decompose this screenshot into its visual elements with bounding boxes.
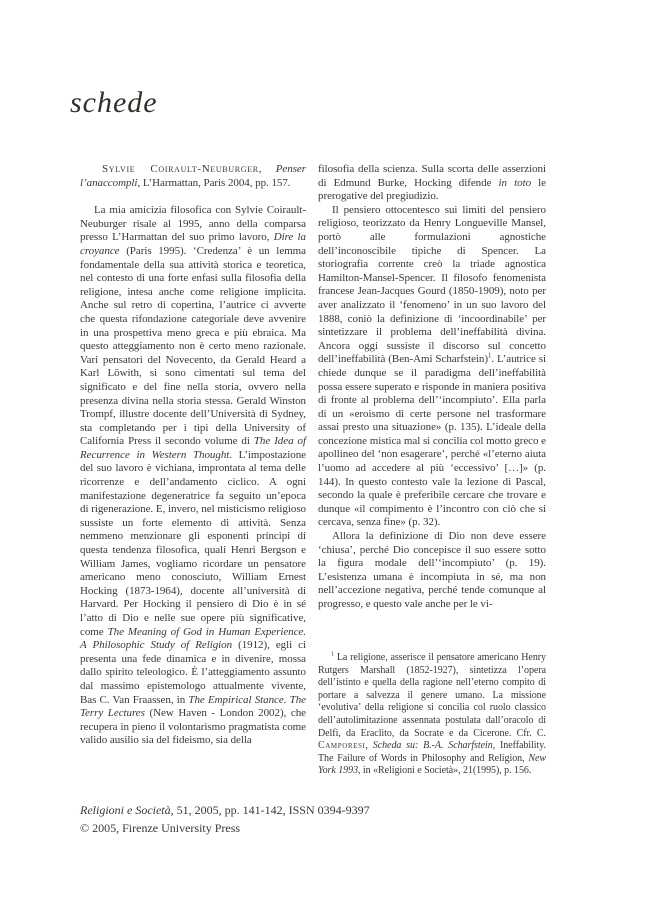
review-citation: Sylvie Coirault-Neuburger, Penser l’anac… xyxy=(80,163,306,190)
journal-footer-line2: © 2005, Firenze University Press xyxy=(80,820,400,838)
journal-footer-line1: Religioni e Società, 51, 2005, pp. 141-1… xyxy=(80,802,400,820)
journal-footer: Religioni e Società, 51, 2005, pp. 141-1… xyxy=(80,802,400,837)
left-body-paragraph: La mia amicizia filosofica con Sylvie Co… xyxy=(80,204,306,748)
right-paragraph-1: filosofia della scienza. Sulla scorta de… xyxy=(318,163,546,204)
right-column: filosofia della scienza. Sulla scorta de… xyxy=(318,163,546,612)
journal-page: schede Sylvie Coirault-Neuburger, Penser… xyxy=(0,0,650,907)
footnote-1: 1 La religione, asserisce il pensatore a… xyxy=(318,652,546,778)
right-paragraph-2: Il pensiero ottocentesco sui limiti del … xyxy=(318,204,546,530)
right-paragraph-3: Allora la definizione di Dio non deve es… xyxy=(318,530,546,612)
page-title: schede xyxy=(70,86,158,120)
left-column: Sylvie Coirault-Neuburger, Penser l’anac… xyxy=(80,163,306,748)
